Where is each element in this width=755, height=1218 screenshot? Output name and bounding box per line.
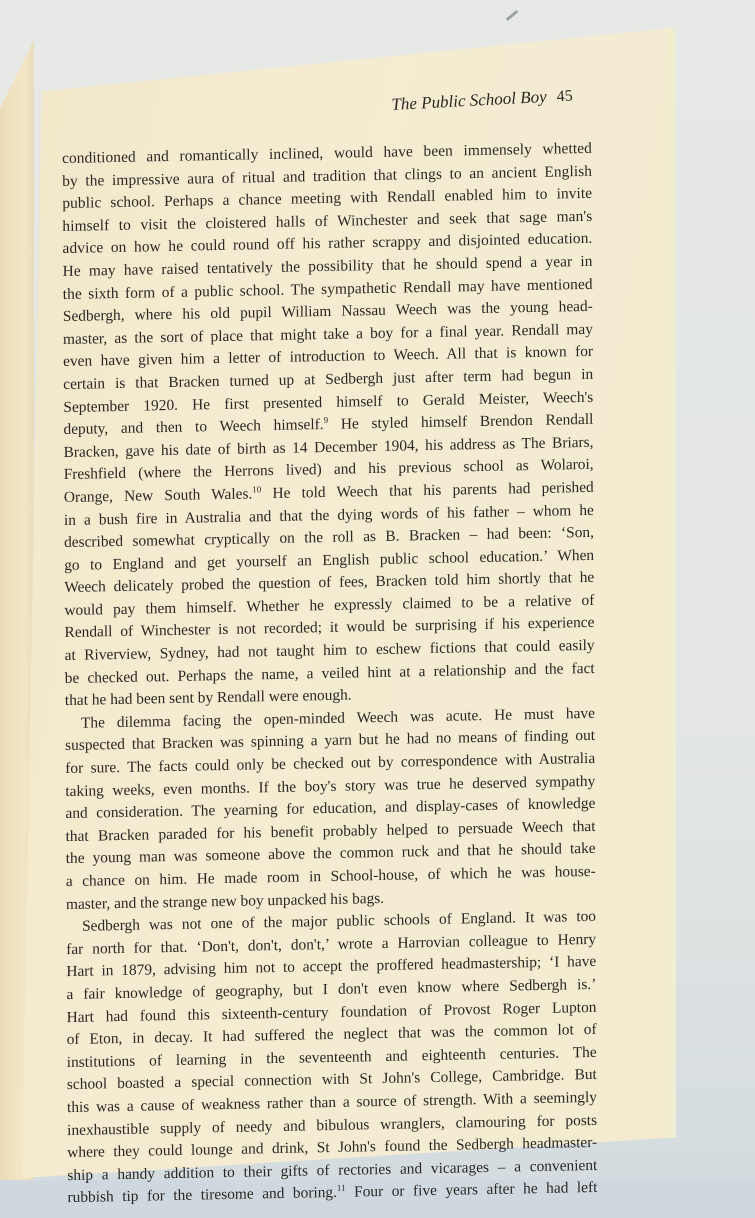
body-text: conditioned and romantically inclined, w…: [62, 138, 597, 1210]
line-text: He told Weech that his parents had peris…: [261, 479, 594, 502]
line-text: Four or five years after he had left: [346, 1179, 598, 1201]
line-text: rubbish tip for the tiresome and boring.: [67, 1184, 337, 1206]
line-text: that he had been sent by Rendall were en…: [65, 687, 352, 710]
pen-mark: [506, 10, 519, 21]
page-edge: [668, 28, 676, 1138]
line-text: He styled himself Brendon Rendall: [328, 411, 593, 433]
line-text: Orange, New South Wales.: [64, 485, 253, 506]
line-text: master, and the strange new boy unpacked…: [66, 890, 384, 913]
line-text: deputy, and then to Weech himself.: [63, 416, 323, 438]
footnote-ref: 11: [337, 1183, 346, 1193]
footnote-ref: 10: [252, 484, 261, 494]
page-number: 45: [556, 88, 573, 106]
